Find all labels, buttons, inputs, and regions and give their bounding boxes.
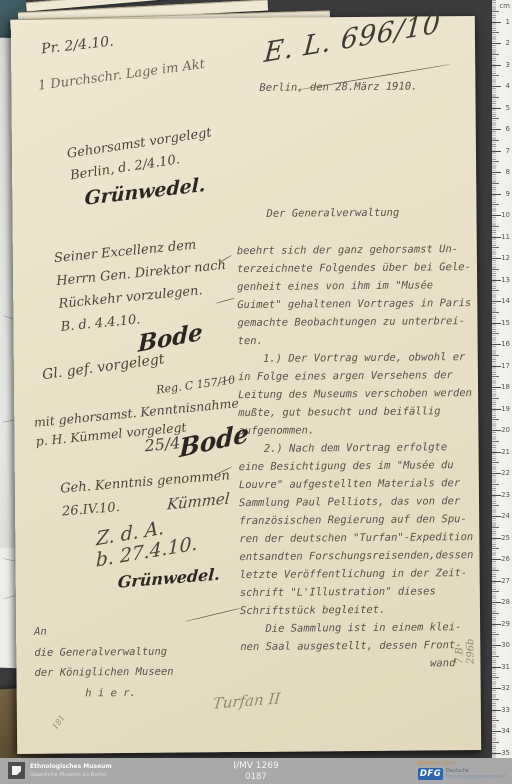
ruler-half-tick <box>492 527 499 528</box>
registry-number: Reg. C 157/10 <box>155 373 235 396</box>
funder-name: Deutsche Forschungsgemeinschaft <box>446 768 512 780</box>
typed-line: genheit eines von ihm im "Musée <box>237 276 489 296</box>
dfg-logo: DFG <box>418 768 443 780</box>
ruler-half-tick <box>492 204 499 205</box>
ruler-cm-tick <box>492 753 501 754</box>
ruler-tick-label: 5 <box>506 104 510 112</box>
ruler-cm-tick <box>492 129 501 130</box>
ruler-tick-label: 3 <box>506 61 510 69</box>
ruler-half-tick <box>492 699 499 700</box>
ruler-tick-label: 16 <box>501 340 510 348</box>
typed-line: letzte Veröffentlichung in der Zeit- <box>240 564 492 584</box>
ruler-tick-label: 17 <box>501 362 510 370</box>
ruler-tick-label: 9 <box>506 190 510 198</box>
ruler-cm-tick <box>492 215 501 216</box>
ruler-tick-label: 22 <box>501 469 510 477</box>
ruler-tick-label: 15 <box>501 319 510 327</box>
ruler-tick-label: 2 <box>506 39 510 47</box>
ruler-half-tick <box>492 548 499 549</box>
ruler-tick-label: 29 <box>501 620 510 628</box>
viewer-footer: Ethnologisches Museum Staatliche Museen … <box>0 758 512 784</box>
ruler-half-tick <box>492 269 499 270</box>
ruler-half-tick <box>492 376 499 377</box>
ruler-cm-tick <box>492 151 501 152</box>
ruler-cm-tick <box>492 710 501 711</box>
pencil-subject-note: Turfan II <box>212 689 281 712</box>
typed-line: aufgenommen. <box>238 420 490 440</box>
ruler-tick-label: 21 <box>501 448 510 456</box>
ruler-tick-label: 12 <box>501 254 510 262</box>
ruler-tick-label: 26 <box>501 555 510 563</box>
ruler-tick-label: 20 <box>501 426 510 434</box>
typed-line: ten. <box>238 330 490 350</box>
presentation-note: Pr. 2/4.10. <box>40 33 114 57</box>
ruler-tick-label: 25 <box>501 534 510 542</box>
ruler-cm-tick <box>492 194 501 195</box>
ruler-tick-label: 33 <box>501 706 510 714</box>
ruler-cm-tick <box>492 172 501 173</box>
funder-name-line1: Deutsche <box>446 769 506 774</box>
edge-shelfmark-note: 7 B 296b <box>454 638 476 664</box>
ruler-half-tick <box>492 11 499 12</box>
letter-body: beehrt sich der ganz gehorsamst Un-terze… <box>237 240 493 674</box>
archival-scan-page: E. L. 696/10 Berlin, den 28.März 1910. D… <box>0 0 512 784</box>
ruler-cm-tick <box>492 409 501 410</box>
typed-line: entsandten Forschungsreisenden,dessen <box>239 546 491 566</box>
typed-line: An <box>34 621 173 643</box>
excellency-note: Seiner Excellenz dem Herrn Gen. Direktor… <box>53 231 231 339</box>
ruler-cm-tick <box>492 559 501 560</box>
ruler-tick-label: 35 <box>501 749 510 757</box>
ruler-cm-tick <box>492 688 501 689</box>
ruler-cm-tick <box>492 323 501 324</box>
address-block: Andie Generalverwaltungder Königlichen M… <box>34 621 174 704</box>
ruler-tick-label: 27 <box>501 577 510 585</box>
ruler-cm-tick <box>492 301 501 302</box>
ruler-tick-label: 4 <box>506 82 510 90</box>
funding-block: Gefördert durch DFG Deutsche Forschungsg… <box>418 760 466 767</box>
ruler-half-tick <box>492 183 499 184</box>
ruler-tick-label: 7 <box>506 147 510 155</box>
ruler-half-tick <box>492 720 499 721</box>
typed-line: Guimet" gehaltenen Vortrages in Paris <box>237 294 489 314</box>
funder-name-line2: Forschungsgemeinschaft <box>446 775 506 780</box>
ruler-half-tick <box>492 634 499 635</box>
ruler-half-tick <box>492 290 499 291</box>
ruler-tick-label: 34 <box>501 727 510 735</box>
ruler-half-tick <box>492 742 499 743</box>
typed-line: ren der deutschen "Turfan"-Expedition <box>239 528 491 548</box>
entry-number-handwritten: E. L. 696/10 <box>263 8 442 69</box>
dateline: Berlin, den 28.März 1910. <box>259 80 417 93</box>
typed-line: Die Sammlung ist in einem klei- <box>240 618 492 638</box>
ruler-tick-label: 11 <box>501 233 510 241</box>
ruler-half-tick <box>492 54 499 55</box>
ruler-half-tick <box>492 32 499 33</box>
typed-line: mußte, gut besucht und beifällig <box>238 402 490 422</box>
ruler-tick-label: 30 <box>501 641 510 649</box>
salutation: Der Generalverwaltung <box>266 207 399 220</box>
ruler-cm-tick <box>492 387 501 388</box>
ruler-tick-label: 1 <box>506 18 510 26</box>
ruler-half-tick <box>492 355 499 356</box>
ruler-tick-label: 14 <box>501 297 510 305</box>
typed-line: Louvre" aufgestellten Materials der <box>239 474 491 494</box>
ruler-half-tick <box>492 505 499 506</box>
typed-line: der Königlichen Museen <box>34 662 173 684</box>
copy-note: 1 Durchschr. Lage im Akt <box>37 51 251 94</box>
ruler-cm-tick <box>492 667 501 668</box>
typed-line: Leitung des Museums verschoben werden <box>238 384 490 404</box>
ruler-cm-tick <box>492 344 501 345</box>
ruler-half-tick <box>492 97 499 98</box>
ruler-half-tick <box>492 312 499 313</box>
ruler-cm-tick <box>492 86 501 87</box>
typed-line: 1.) Der Vortrag wurde, obwohl er <box>238 348 490 368</box>
funding-note: Gefördert durch <box>418 761 456 767</box>
ruler-tick-label: 13 <box>501 276 510 284</box>
ruler-half-tick <box>492 247 499 248</box>
corner-number: 181 <box>51 713 67 731</box>
ruler-half-tick <box>492 161 499 162</box>
filing-note: Z. d. A. b. 27.4.10. <box>96 512 198 572</box>
ruler-half-tick <box>492 226 499 227</box>
typed-line: Schriftstück begleitet. <box>240 600 492 620</box>
ruler-tick-label: 31 <box>501 663 510 671</box>
ruler-half-tick <box>492 333 499 334</box>
typed-line: in Folge eines argen Versehens der <box>238 366 490 386</box>
ruler-half-tick <box>492 441 499 442</box>
ruler-cm-tick <box>492 430 501 431</box>
typed-line: 2.) Nach dem Vortrag erfolgte <box>238 438 490 458</box>
typed-line: Sammlung Paul Pelliots, das von der <box>239 492 491 512</box>
measurement-ruler: cm 1234567891011121314151617181920212223… <box>492 0 512 758</box>
ruler-half-tick <box>492 570 499 571</box>
ruler-cm-tick <box>492 258 501 259</box>
typed-line: schrift "L'Illustration" dieses <box>240 582 492 602</box>
ruler-half-tick <box>492 656 499 657</box>
typed-line: französischen Regierung auf den Spu- <box>239 510 491 530</box>
date-note: 25/4 <box>144 433 182 455</box>
typed-line: beehrt sich der ganz gehorsamst Un- <box>237 240 489 260</box>
ruler-cm-tick <box>492 731 501 732</box>
ruler-half-tick <box>492 677 499 678</box>
ruler-half-tick <box>492 613 499 614</box>
document-page: E. L. 696/10 Berlin, den 28.März 1910. D… <box>11 16 481 754</box>
ruler-tick-label: 24 <box>501 512 510 520</box>
ruler-half-tick <box>492 75 499 76</box>
ruler-tick-label: 6 <box>506 125 510 133</box>
ruler-tick-label: 23 <box>501 491 510 499</box>
ruler-cm-tick <box>492 538 501 539</box>
ruler-cm-tick <box>492 473 501 474</box>
ruler-half-tick <box>492 118 499 119</box>
ruler-half-tick <box>492 419 499 420</box>
ruler-half-tick <box>492 140 499 141</box>
typed-line: eine Besichtigung des im "Musée du <box>239 456 491 476</box>
ruler-tick-label: 10 <box>501 211 510 219</box>
registry-note: Gl. gef. vorgelegt <box>41 351 165 383</box>
ruler-cm-tick <box>492 645 501 646</box>
typed-line: die Generalverwaltung <box>34 641 173 663</box>
ruler-unit-label: cm <box>499 2 510 10</box>
ruler-cm-tick <box>492 602 501 603</box>
ruler-half-tick <box>492 398 499 399</box>
ruler-cm-tick <box>492 366 501 367</box>
ruler-cm-tick <box>492 237 501 238</box>
ruler-cm-tick <box>492 280 501 281</box>
ruler-tick-label: 19 <box>501 405 510 413</box>
ruler-cm-tick <box>492 108 501 109</box>
typed-line: gemachte Beobachtungen zu unterbrei- <box>237 312 489 332</box>
ruler-cm-tick <box>492 452 501 453</box>
ruler-tick-label: 18 <box>501 383 510 391</box>
ruler-tick-label: 28 <box>501 598 510 606</box>
ruler-tick-label: 8 <box>506 168 510 176</box>
ruler-half-tick <box>492 591 499 592</box>
ruler-cm-tick <box>492 495 501 496</box>
ruler-cm-tick <box>492 516 501 517</box>
typed-line: terzeichnete Folgendes über bei Gele- <box>237 258 489 278</box>
gruenwedel-signature-2: Grünwedel. <box>117 565 220 592</box>
ruler-half-tick <box>492 484 499 485</box>
ruler-cm-tick <box>492 581 501 582</box>
ruler-cm-tick <box>492 65 501 66</box>
ruler-cm-tick <box>492 43 501 44</box>
typed-line: h i e r. <box>35 682 174 704</box>
ruler-cm-tick <box>492 22 501 23</box>
ruler-cm-tick <box>492 624 501 625</box>
ruler-tick-label: 32 <box>501 684 510 692</box>
ruler-half-tick <box>492 462 499 463</box>
ink-stroke <box>185 608 242 623</box>
